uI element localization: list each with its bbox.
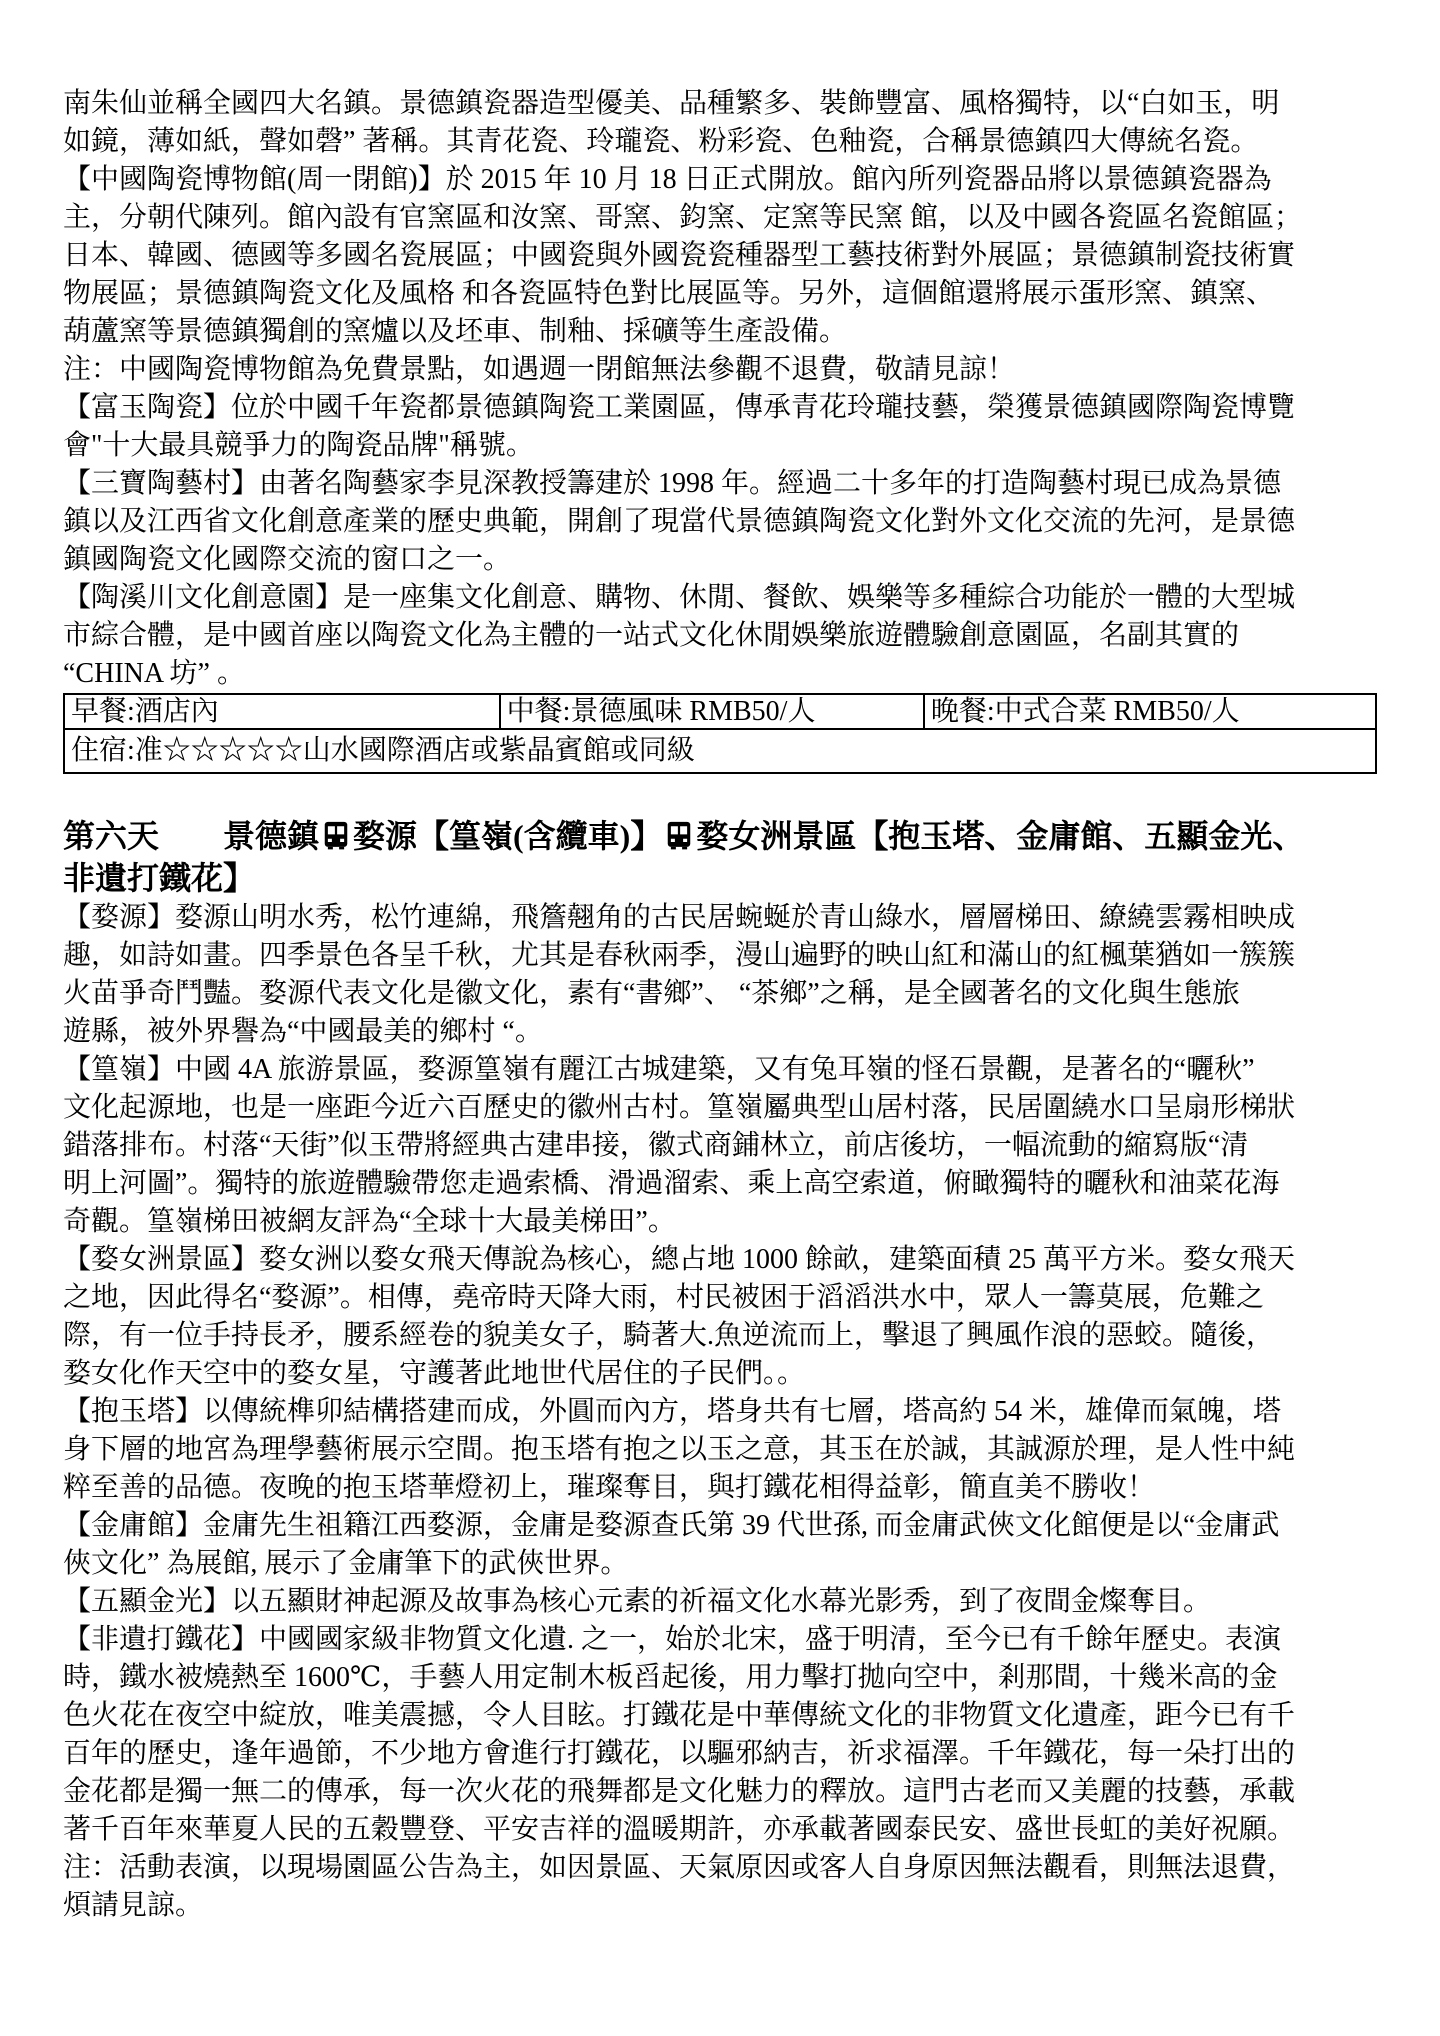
bus-icon [664, 820, 694, 850]
text-line: 俠文化” 為展館, 展示了金庸筆下的武俠世界。 [63, 1545, 1380, 1583]
text-line: 日本、韓國、德國等多國名瓷展區；中國瓷與外國瓷瓷種器型工藝技術對外展區；景德鎮制… [63, 237, 1380, 275]
text-line: 明上河圖”。獨特的旅遊體驗帶您走過索橋、滑過溜索、乘上高空索道，俯瞰獨特的曬秋和… [63, 1165, 1380, 1203]
text-line: 物展區；景德鎮陶瓷文化及風格 和各瓷區特色對比展區等。另外，這個館還將展示蛋形窯… [63, 275, 1380, 313]
day6-route-start: 第六天 景德鎮 [63, 818, 319, 854]
text-line: 【富玉陶瓷】位於中國千年瓷都景德鎮陶瓷工業園區，傳承青花玲瓏技藝，榮獲景德鎮國際… [63, 389, 1380, 427]
lodging-row: 住宿:准☆☆☆☆☆山水國際酒店或紫晶賓館或同級 [64, 729, 1376, 773]
text-line: 火苗爭奇鬥豔。婺源代表文化是徽文化，素有“書鄉”、 “茶鄉”之稱，是全國著名的文… [63, 975, 1380, 1013]
text-line: 主，分朝代陳列。館內設有官窯區和汝窯、哥窯、鈞窯、定窯等民窯 館，以及中國各瓷區… [63, 199, 1380, 237]
meals-lodging-table: 早餐:酒店內 中餐:景德風味 RMB50/人 晚餐:中式合菜 RMB50/人 住… [63, 693, 1377, 774]
lodging-cell: 住宿:准☆☆☆☆☆山水國際酒店或紫晶賓館或同級 [64, 729, 1376, 773]
text-line: 【篁嶺】中國 4A 旅游景區，婺源篁嶺有麗江古城建築，又有兔耳嶺的怪石景觀，是著… [63, 1051, 1380, 1089]
jingdezhen-intro-paragraph: 南朱仙並稱全國四大名鎮。景德鎮瓷器造型優美、品種繁多、裝飾豐富、風格獨特，以“白… [63, 85, 1380, 693]
text-line: 之地，因此得名“婺源”。相傳，堯帝時天降大雨，村民被困于滔滔洪水中，眾人一籌莫展… [63, 1279, 1380, 1317]
text-line: 葫蘆窯等景德鎮獨創的窯爐以及坯車、制釉、採礦等生產設備。 [63, 313, 1380, 351]
text-line: 身下層的地宮為理學藝術展示空間。抱玉塔有抱之以玉之意，其玉在於誠，其誠源於理，是… [63, 1431, 1380, 1469]
text-line: 注：中國陶瓷博物館為免費景點，如遇週一閉館無法參觀不退費，敬請見諒！ [63, 351, 1380, 389]
dinner-cell: 晚餐:中式合菜 RMB50/人 [924, 694, 1376, 729]
text-line: 際，有一位手持長矛，腰系經卷的貌美女子，騎著大.魚逆流而上，擊退了興風作浪的惡蛟… [63, 1317, 1380, 1355]
text-line: 【中國陶瓷博物館(周一閉館)】於 2015 年 10 月 18 日正式開放。館內… [63, 161, 1380, 199]
text-line: 色火花在夜空中綻放，唯美震撼，令人目眩。打鐵花是中華傳統文化的非物質文化遺產，距… [63, 1697, 1380, 1735]
text-line: 文化起源地，也是一座距今近六百歷史的徽州古村。篁嶺屬典型山居村落，民居圍繞水口呈… [63, 1089, 1380, 1127]
text-line: 【陶溪川文化創意園】是一座集文化創意、購物、休閒、餐飲、娛樂等多種綜合功能於一體… [63, 579, 1380, 617]
text-line: 【金庸館】金庸先生祖籍江西婺源，金庸是婺源查氏第 39 代世孫, 而金庸武俠文化… [63, 1507, 1380, 1545]
text-line: 【婺女洲景區】婺女洲以婺女飛天傳說為核心，總占地 1000 餘畝，建築面積 25… [63, 1241, 1380, 1279]
text-line: 著千百年來華夏人民的五穀豐登、平安吉祥的溫暖期許，亦承載著國泰民安、盛世長虹的美… [63, 1811, 1380, 1849]
text-line: 【非遺打鐵花】中國國家級非物質文化遺. 之一，始於北宋，盛于明清，至今已有千餘年… [63, 1621, 1380, 1659]
day6-heading-line1: 第六天 景德鎮婺源【篁嶺(含纜車)】婺女洲景區【抱玉塔、金庸館、五顯金光、 [63, 815, 1380, 857]
text-line: 煩請見諒。 [63, 1887, 1380, 1925]
day6-route-mid: 婺源【篁嶺(含纜車)】 [353, 818, 662, 854]
lunch-cell: 中餐:景德風味 RMB50/人 [500, 694, 924, 729]
text-line: 【三寶陶藝村】由著名陶藝家李見深教授籌建於 1998 年。經過二十多年的打造陶藝… [63, 465, 1380, 503]
text-line: 鎮國陶瓷文化國際交流的窗口之一。 [63, 541, 1380, 579]
text-line: 【五顯金光】以五顯財神起源及故事為核心元素的祈福文化水幕光影秀，到了夜間金燦奪目… [63, 1583, 1380, 1621]
text-line: 奇觀。篁嶺梯田被網友評為“全球十大最美梯田”。 [63, 1203, 1380, 1241]
text-line: 會"十大最具競爭力的陶瓷品牌"稱號。 [63, 427, 1380, 465]
itinerary-document-page: 南朱仙並稱全國四大名鎮。景德鎮瓷器造型優美、品種繁多、裝飾豐富、風格獨特，以“白… [0, 0, 1440, 2036]
text-line: 粹至善的品德。夜晚的抱玉塔華燈初上，璀璨奪目，與打鐵花相得益彰，簡直美不勝收！ [63, 1469, 1380, 1507]
text-line: “CHINA 坊” 。 [63, 655, 1380, 693]
text-line: 金花都是獨一無二的傳承，每一次火花的飛舞都是文化魅力的釋放。這門古老而又美麗的技… [63, 1773, 1380, 1811]
meals-row: 早餐:酒店內 中餐:景德風味 RMB50/人 晚餐:中式合菜 RMB50/人 [64, 694, 1376, 729]
text-line: 婺女化作天空中的婺女星，守護著此地世代居住的子民們。。 [63, 1355, 1380, 1393]
text-line: 趣，如詩如畫。四季景色各呈千秋，尤其是春秋兩季，漫山遍野的映山紅和滿山的紅楓葉猶… [63, 937, 1380, 975]
text-line: 南朱仙並稱全國四大名鎮。景德鎮瓷器造型優美、品種繁多、裝飾豐富、風格獨特，以“白… [63, 85, 1380, 123]
text-line: 錯落排布。村落“天街”似玉帶將經典古建串接，徽式商鋪林立，前店後坊，一幅流動的縮… [63, 1127, 1380, 1165]
day6-heading: 第六天 景德鎮婺源【篁嶺(含纜車)】婺女洲景區【抱玉塔、金庸館、五顯金光、 非遺… [63, 815, 1380, 899]
text-line: 時，鐵水被燒熱至 1600℃，手藝人用定制木板舀起後，用力擊打拋向空中，剎那間，… [63, 1659, 1380, 1697]
text-line: 【抱玉塔】以傳統榫卯結構搭建而成，外圓而內方，塔身共有七層，塔高約 54 米，雄… [63, 1393, 1380, 1431]
day6-description-paragraph: 【婺源】婺源山明水秀，松竹連綿，飛簷翹角的古民居蜿蜒於青山綠水，層層梯田、繚繞雲… [63, 899, 1380, 1925]
day6-route-end: 婺女洲景區【抱玉塔、金庸館、五顯金光、 [696, 818, 1304, 854]
text-line: 百年的歷史，逢年過節，不少地方會進行打鐵花，以驅邪納吉，祈求福澤。千年鐵花，每一… [63, 1735, 1380, 1773]
day6-heading-line2: 非遺打鐵花】 [63, 857, 1380, 899]
text-line: 如鏡，薄如紙，聲如磬” 著稱。其青花瓷、玲瓏瓷、粉彩瓷、色釉瓷，合稱景德鎮四大傳… [63, 123, 1380, 161]
text-line: 注：活動表演，以現場園區公告為主，如因景區、天氣原因或客人自身原因無法觀看，則無… [63, 1849, 1380, 1887]
breakfast-cell: 早餐:酒店內 [64, 694, 500, 729]
text-line: 遊縣，被外界譽為“中國最美的鄉村 “。 [63, 1013, 1380, 1051]
text-line: 市綜合體，是中國首座以陶瓷文化為主體的一站式文化休閒娛樂旅遊體驗創意園區，名副其… [63, 617, 1380, 655]
bus-icon [321, 820, 351, 850]
text-line: 【婺源】婺源山明水秀，松竹連綿，飛簷翹角的古民居蜿蜒於青山綠水，層層梯田、繚繞雲… [63, 899, 1380, 937]
text-line: 鎮以及江西省文化創意產業的歷史典範，開創了現當代景德鎮陶瓷文化對外文化交流的先河… [63, 503, 1380, 541]
